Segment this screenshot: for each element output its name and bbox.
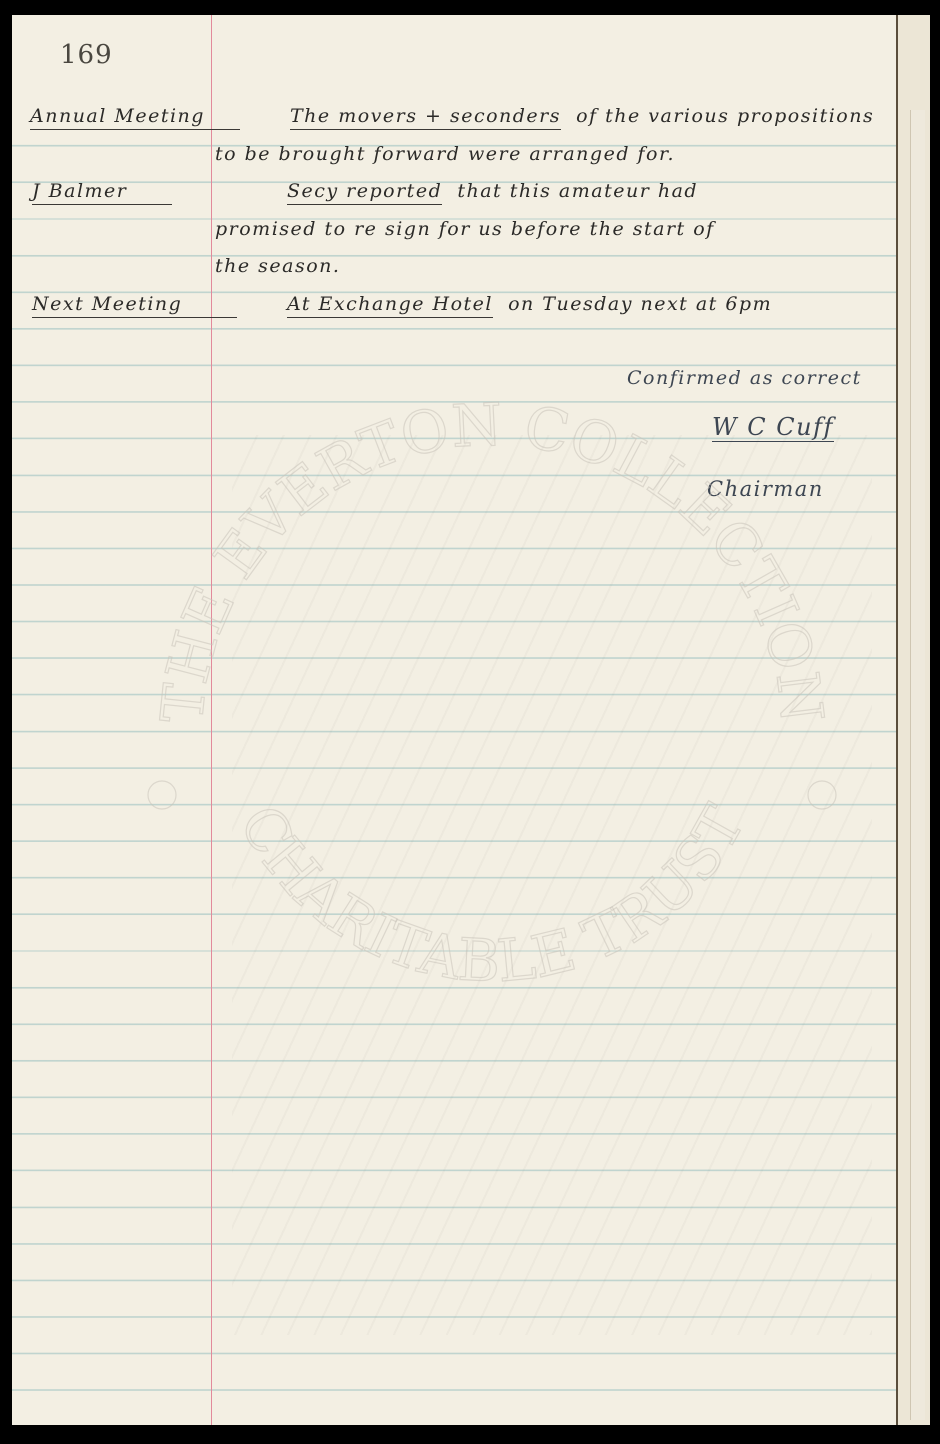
margin-rule xyxy=(211,15,212,1425)
chairman-signature: W C Cuff xyxy=(712,413,834,442)
margin-heading-next-meeting: Next Meeting xyxy=(32,293,237,318)
underlined-phrase: The movers + seconders xyxy=(290,105,561,130)
line-text: that this amateur had xyxy=(450,180,698,202)
confirmation-text: Confirmed as correct xyxy=(627,367,862,389)
line-text: of the various propositions xyxy=(569,105,875,127)
line-text: on Tuesday next at 6pm xyxy=(501,293,773,315)
margin-heading-annual-meeting: Annual Meeting xyxy=(30,105,240,130)
bleed-through-writing xyxy=(232,435,872,1335)
page-stack-edge xyxy=(910,110,925,1420)
minute-line: the season. xyxy=(215,255,340,277)
page-number: 169 xyxy=(60,40,113,70)
minute-line: promised to re sign for us before the st… xyxy=(215,218,715,240)
margin-heading-j-balmer: J Balmer xyxy=(32,180,172,205)
everton-collection-watermark: THE EVERTON COLLECTION CHARITABLE TRUST xyxy=(132,355,852,1075)
minute-line: Secy reported that this amateur had xyxy=(287,180,698,202)
chairman-title: Chairman xyxy=(707,477,824,501)
minute-line: to be brought forward were arranged for. xyxy=(215,143,675,165)
minute-line: At Exchange Hotel on Tuesday next at 6pm xyxy=(287,293,772,315)
minute-line: The movers + seconders of the various pr… xyxy=(290,105,874,127)
underlined-phrase: At Exchange Hotel xyxy=(287,293,493,318)
watermark-bottom-arc: CHARITABLE TRUST xyxy=(226,794,758,996)
ledger-page: 169 Annual Meeting The movers + seconder… xyxy=(12,15,896,1425)
underlined-phrase: Secy reported xyxy=(287,180,442,205)
